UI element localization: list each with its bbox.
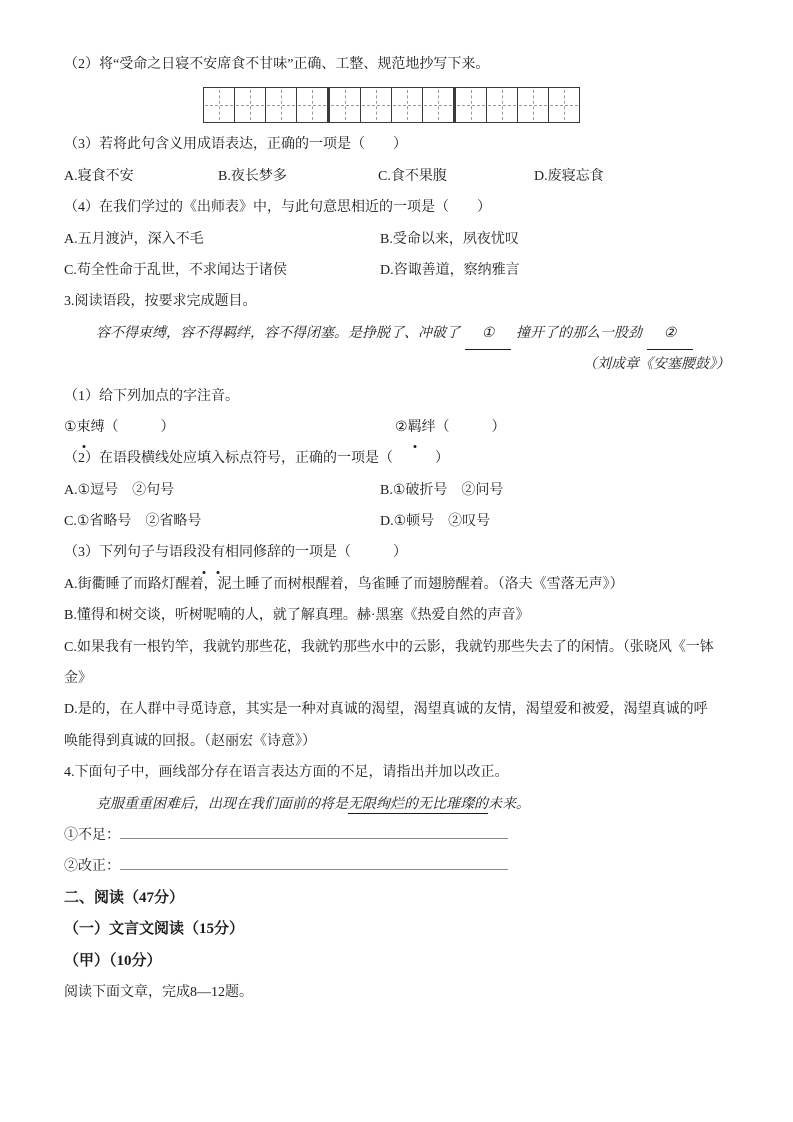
q4-answer-2: ②改正： — [64, 851, 730, 882]
option-a: A.五月渡泸，深入不毛 — [64, 224, 380, 255]
option-b: B.①破折号 ②问号 — [380, 475, 503, 506]
copy-grid-cell — [235, 88, 266, 122]
q4-sentence: 克服重重困难后，出现在我们面前的将是无限绚烂的无比璀璨的未来。 — [64, 789, 730, 820]
copy-grid — [203, 87, 580, 123]
section-2-intro: 阅读下面文章，完成8—12题。 — [64, 977, 730, 1008]
copy-grid-cell — [297, 88, 328, 122]
copy-grid-cell — [361, 88, 392, 122]
answer-1-blank-line — [120, 823, 508, 839]
passage-source: （刘成章《安塞腰鼓》） — [64, 349, 730, 380]
q3-part1-items: ①束缚（ ） ②羁绊（ ） — [64, 412, 730, 443]
copy-grid-cell — [204, 88, 235, 122]
q3-part3-option-a: A.街衢睡了而路灯醒着，泥土睡了而树根醒着，鸟雀睡了而翅膀醒着。（洛夫《雪落无声… — [64, 569, 730, 600]
option-c: C.①省略号 ②省略号 — [64, 506, 380, 537]
passage-text-1: 容不得束缚，容不得羁绊，容不得闭塞。是挣脱了、冲破了 — [96, 325, 460, 341]
item-1-number: ① — [64, 420, 77, 435]
copy-grid-cell — [266, 88, 297, 122]
option-b: B.夜长梦多 — [218, 161, 378, 192]
q3-part3-option-b: B.懂得和树交谈，听树呢喃的人，就了解真理。赫·黑塞《热爱自然的声音》 — [64, 600, 730, 631]
exam-page: （2）将“受命之日寝不安席食不甘味”正确、工整、规范地抄写下来。 （3）若将此句… — [0, 0, 793, 1008]
copy-grid-cell — [549, 88, 579, 122]
passage-text-2: 撞开了的那么一股劲 — [516, 325, 642, 341]
prompt-dotted-chars: 没有 — [197, 545, 225, 560]
copy-grid-cell — [392, 88, 423, 122]
option-d: D.咨诹善道，察纳雅言 — [380, 255, 520, 286]
option-d: D.废寝忘食 — [534, 169, 604, 184]
question-4-prompt: （4）在我们学过的《出师表》中，与此句意思相近的一项是（ ） — [64, 192, 730, 223]
copy-grid-cell — [454, 88, 487, 122]
q3-part2-prompt: （2）在语段横线处应填入标点符号，正确的一项是（ ） — [64, 443, 730, 474]
sentence-pre: 克服重重困难后，出现在我们面前的将是 — [96, 796, 348, 812]
q3-part2-options-row2: C.①省略号 ②省略号D.①顿号 ②叹号 — [64, 506, 730, 537]
item-2-rest: 绊（ ） — [422, 420, 506, 435]
option-d: D.①顿号 ②叹号 — [380, 506, 490, 537]
question-4-options-row2: C.苟全性命于乱世，不求闻达于诸侯D.咨诹善道，察纳雅言 — [64, 255, 730, 286]
question-3-prompt: （3）若将此句含义用成语表达，正确的一项是（ ） — [64, 129, 730, 160]
copy-grid-cell — [487, 88, 518, 122]
option-b: B.受命以来，夙夜忧叹 — [380, 224, 519, 255]
option-c: C.食不果腹 — [378, 161, 534, 192]
item-2-number: ② — [395, 420, 408, 435]
pinyin-item-2: ②羁绊（ ） — [395, 412, 506, 443]
answer-1-label: ①不足： — [64, 828, 120, 843]
copy-grid-cell — [423, 88, 454, 122]
section-2-title: 二、阅读（47分） — [64, 883, 730, 914]
option-a: A.①逗号 ②句号 — [64, 475, 380, 506]
question-4-stem: 4.下面句子中，画线部分存在语言表达方面的不足，请指出并加以改正。 — [64, 757, 730, 788]
passage-blank-1: ① — [465, 318, 511, 350]
item-2-dotted-char: 羁 — [408, 420, 422, 435]
item-1-rest: 缚（ ） — [91, 420, 175, 435]
item-1-dotted-char: 束 — [77, 420, 91, 435]
q3-part3-option-c-line1: C.如果我有一根钓竿，我就钓那些花，我就钓那些水中的云影，我就钓那些失去了的闲情… — [64, 632, 730, 663]
copy-grid-cell — [518, 88, 549, 122]
pinyin-item-1: ①束缚（ ） — [64, 412, 395, 443]
question-2-prompt: （2）将“受命之日寝不安席食不甘味”正确、工整、规范地抄写下来。 — [64, 49, 730, 80]
copy-grid-cell — [328, 88, 361, 122]
q4-answer-1: ①不足： — [64, 820, 730, 851]
question-3-stem: 3.阅读语段，按要求完成题目。 — [64, 286, 730, 317]
section-2-part-jia: （甲）（10分） — [64, 946, 730, 977]
answer-2-blank-line — [120, 854, 508, 870]
sentence-post: 未来。 — [488, 796, 530, 812]
q3-part2-options-row1: A.①逗号 ②句号B.①破折号 ②问号 — [64, 475, 730, 506]
q3-part3-option-d-line2: 唤能得到真诚的回报。（赵丽宏《诗意》） — [64, 726, 730, 757]
sentence-underlined: 无限绚烂的无比璀璨的 — [348, 796, 488, 814]
copy-grid-row — [64, 80, 730, 129]
question-3-options: A.寝食不安B.夜长梦多C.食不果腹D.废寝忘食 — [64, 161, 730, 192]
answer-2-label: ②改正： — [64, 859, 120, 874]
q3-part3-prompt: （3）下列句子与语段没有相同修辞的一项是（ ） — [64, 537, 730, 568]
question-4-options-row1: A.五月渡泸，深入不毛B.受命以来，夙夜忧叹 — [64, 224, 730, 255]
prompt-pre: （3）下列句子与语段 — [64, 545, 197, 560]
q3-part1-prompt: （1）给下列加点的字注音。 — [64, 381, 730, 412]
q3-part3-option-c-line2: 金》 — [64, 663, 730, 694]
option-c: C.苟全性命于乱世，不求闻达于诸侯 — [64, 255, 380, 286]
option-a: A.寝食不安 — [64, 161, 218, 192]
prompt-post: 相同修辞的一项是（ ） — [225, 545, 407, 560]
passage-line: 容不得束缚，容不得羁绊，容不得闭塞。是挣脱了、冲破了①撞开了的那么一股劲② — [64, 318, 730, 349]
section-2-subsection-title: （一）文言文阅读（15分） — [64, 914, 730, 945]
passage-blank-2: ② — [647, 318, 693, 350]
q3-part3-option-d-line1: D.是的，在人群中寻觅诗意，其实是一种对真诚的渴望，渴望真诚的友情，渴望爱和被爱… — [64, 694, 730, 725]
